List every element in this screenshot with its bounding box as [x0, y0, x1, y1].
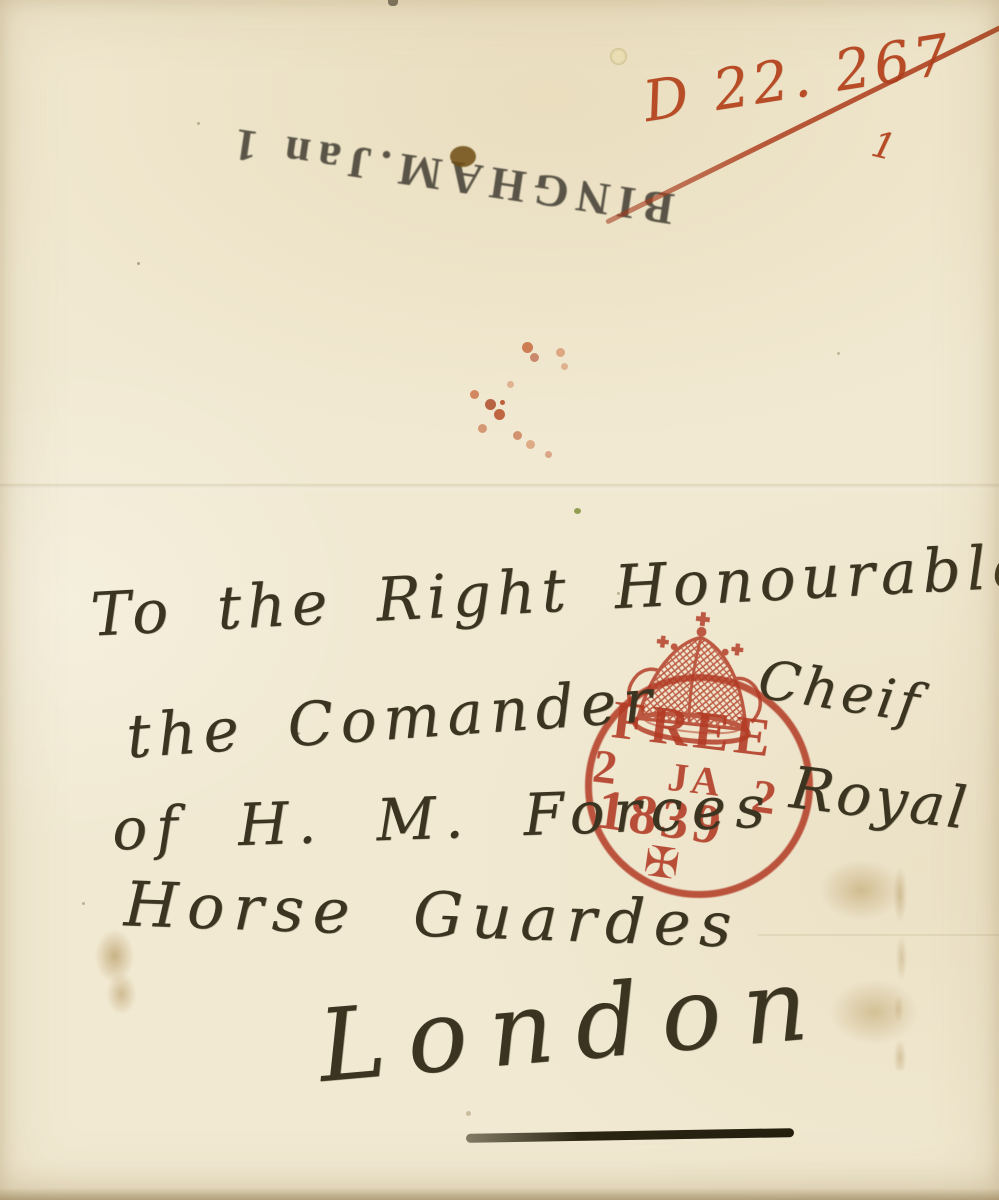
address-line-3-right: Royal — [787, 753, 973, 842]
address-line-5-text: London — [314, 944, 834, 1105]
address-line-1-text: To the Right Honourable — [89, 531, 999, 650]
address-line-2-left-text: the Comander — [124, 665, 661, 772]
address-line-3-right-text: Royal — [787, 753, 973, 842]
horizontal-fold-line — [0, 484, 999, 489]
manuscript-rate-number: D 22. 267 — [639, 22, 958, 135]
brown-dribble-stain — [886, 866, 914, 1070]
pale-paper-dot — [610, 48, 627, 65]
rate-number-text: D 22. 267 — [639, 22, 958, 135]
letter-cover-scan: BINGHAM.Jan 1 D 22. 267 1 FR — [0, 0, 999, 1200]
address-line-5: London — [314, 944, 834, 1105]
brown-stain-right-upper — [820, 860, 902, 920]
london-underline — [466, 1128, 794, 1143]
address-line-1: To the Right Honourable — [89, 531, 999, 650]
top-edge-mark — [388, 0, 398, 6]
rate-tick-text: 1 — [867, 124, 899, 169]
rate-tick: 1 — [867, 124, 899, 169]
red-speckle-stain — [500, 400, 505, 405]
town-datestamp: BINGHAM.Jan 1 — [169, 109, 731, 244]
address-line-2-left: the Comander — [124, 665, 661, 772]
bottom-edge-shadow — [0, 1188, 999, 1200]
faint-crease — [758, 934, 999, 936]
green-speck — [574, 508, 581, 514]
brown-stain-right-lower — [830, 980, 918, 1044]
paper-specks — [137, 262, 140, 265]
brown-stain-bottom-left — [84, 928, 152, 1022]
